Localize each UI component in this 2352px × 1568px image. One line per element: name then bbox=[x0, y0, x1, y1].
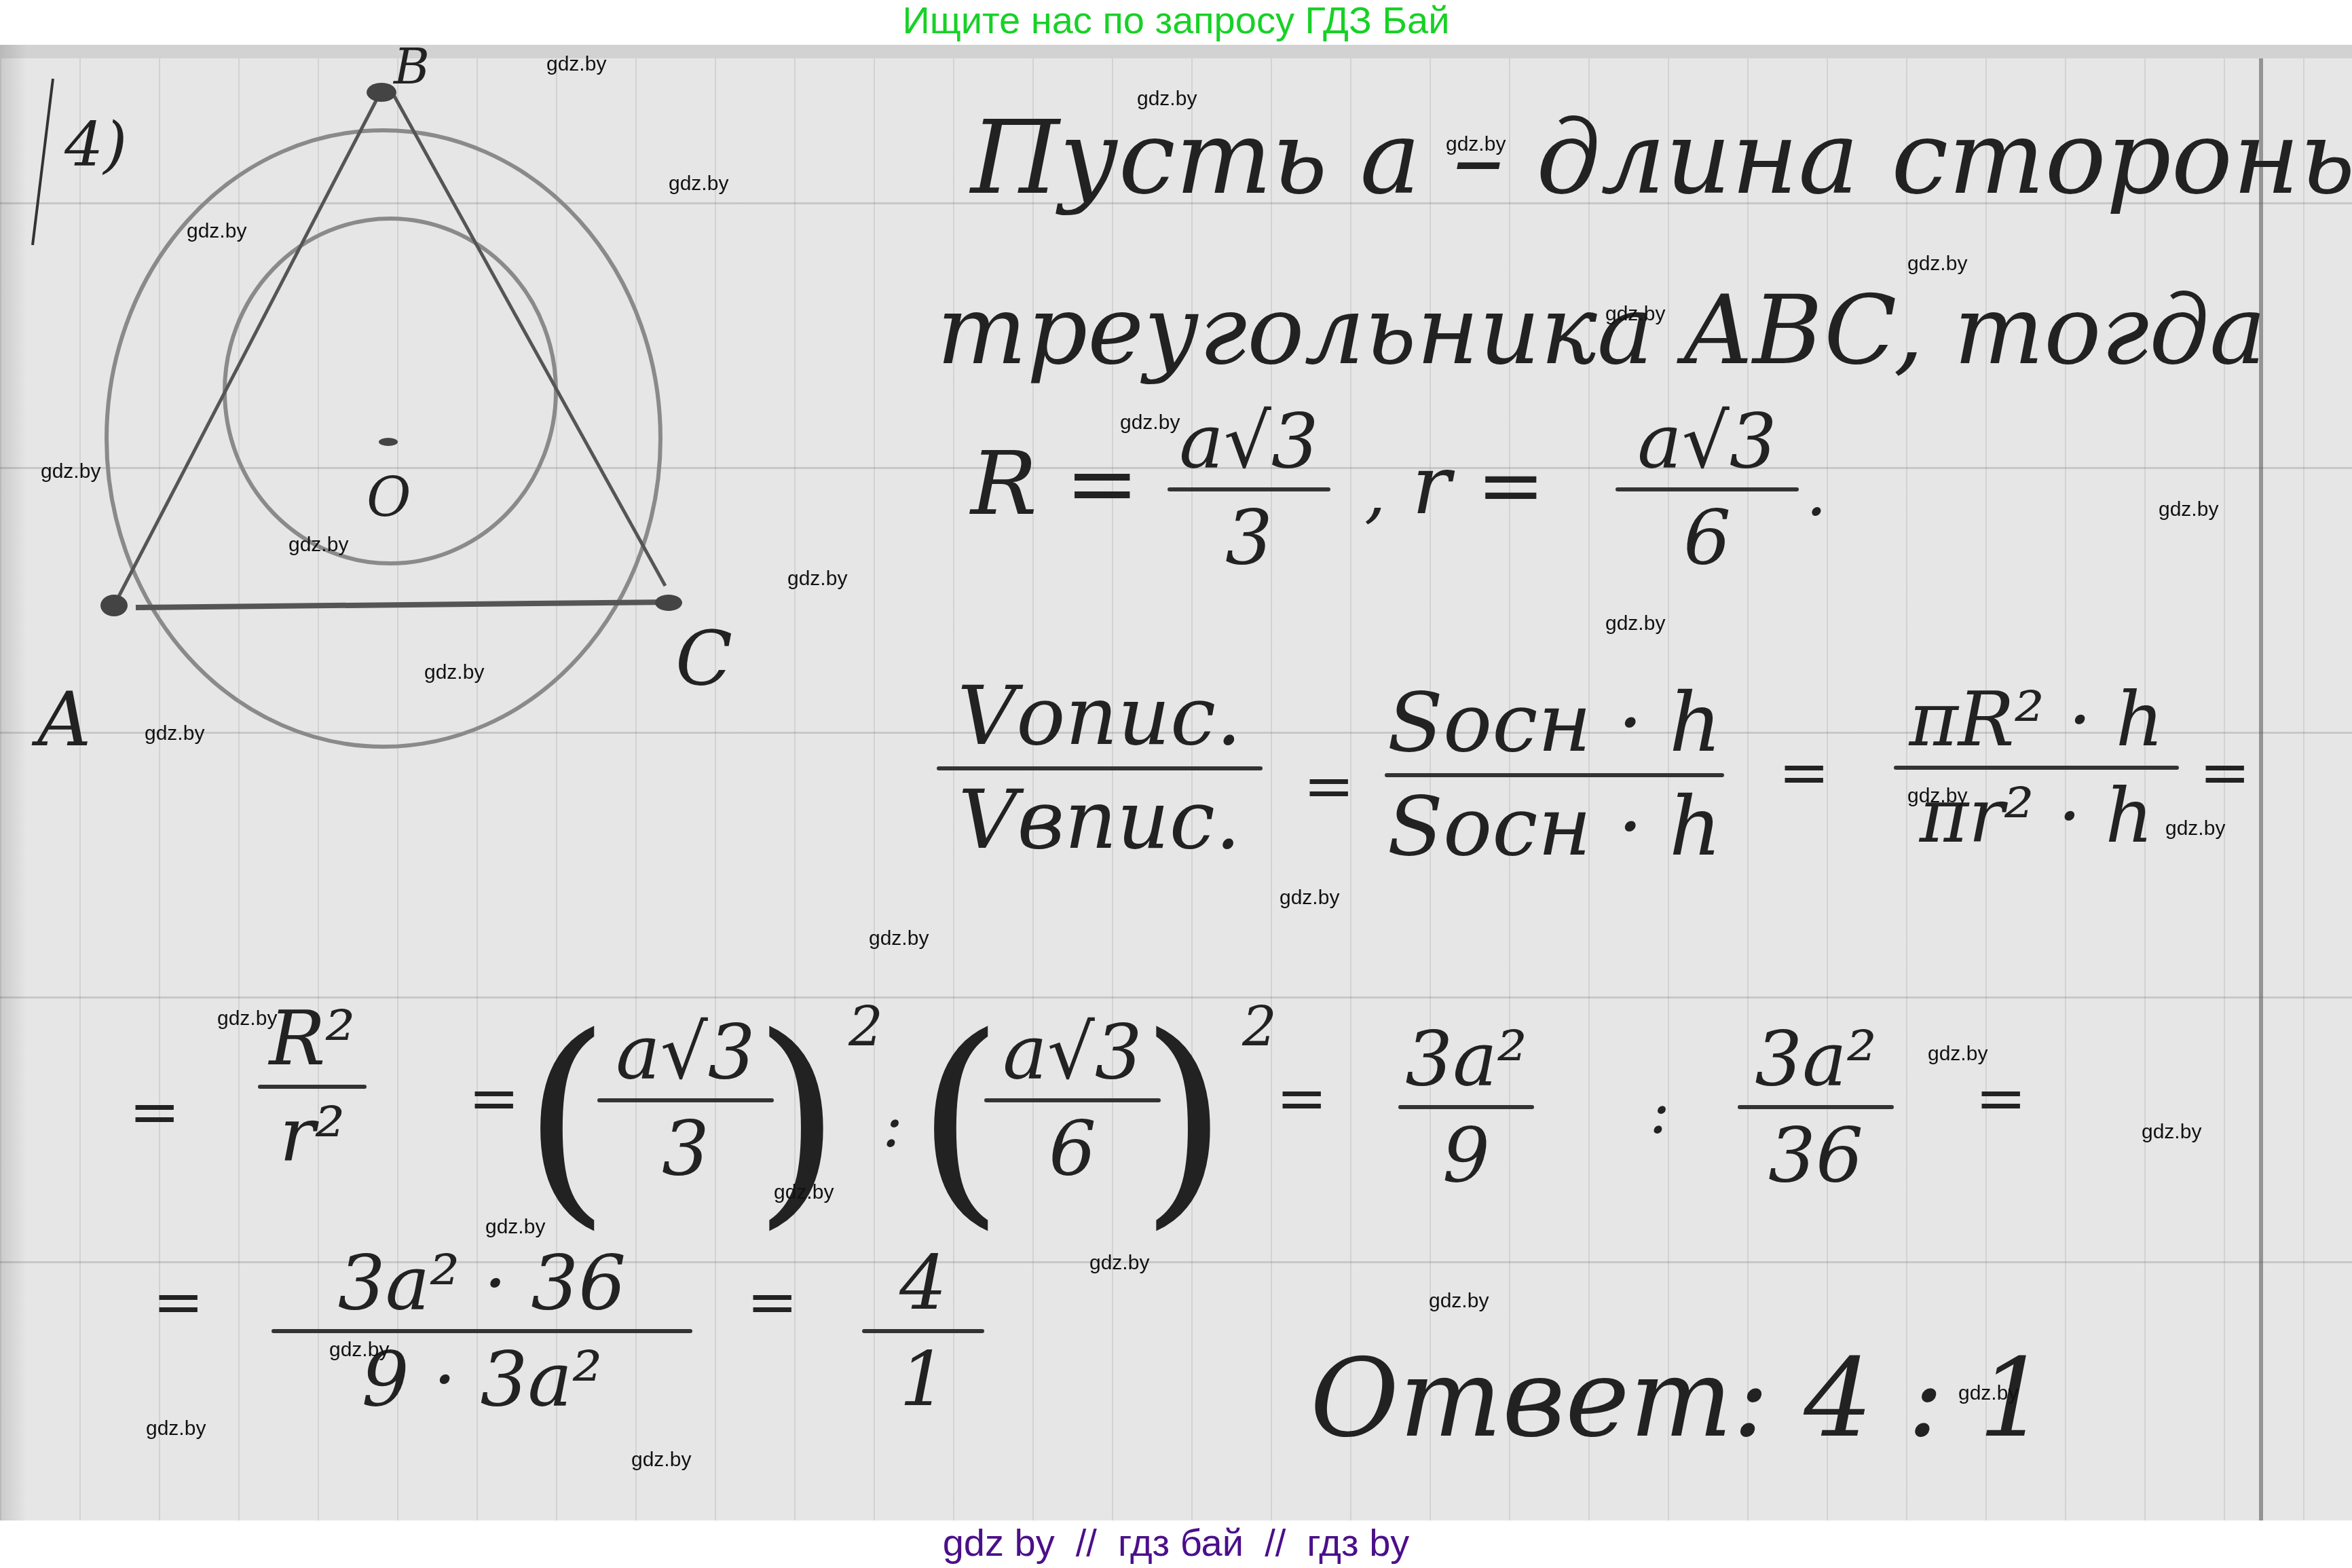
equals-2: = bbox=[1778, 737, 1829, 808]
statement-line-1: Пусть a – длина стороны bbox=[971, 99, 2352, 217]
watermark: gdz.by bbox=[329, 1339, 389, 1362]
watermark: gdz.by bbox=[217, 1007, 277, 1030]
watermark: gdz.by bbox=[424, 661, 484, 684]
vertex-label-b: B bbox=[394, 38, 430, 95]
watermark: gdz.by bbox=[1089, 1252, 1149, 1275]
watermark: gdz.by bbox=[1446, 133, 1506, 156]
period: . bbox=[1806, 452, 1827, 531]
top-banner: Ищите нас по запросу ГДЗ Бай bbox=[0, 0, 2352, 45]
vertex-label-c: C bbox=[675, 615, 732, 702]
paren-close-2: ) bbox=[1140, 988, 1228, 1249]
divide-1: : bbox=[882, 1090, 903, 1161]
watermark: gdz.by bbox=[1605, 612, 1665, 635]
watermark: gdz.by bbox=[546, 53, 606, 76]
fraction-3a2-36: 3a² 36 bbox=[1738, 1015, 1894, 1199]
watermark: gdz.by bbox=[1907, 253, 1967, 276]
R-lhs: R = bbox=[971, 432, 1139, 535]
step3-fraction: 3a² · 36 9 · 3a² bbox=[272, 1239, 692, 1423]
watermark: gdz.by bbox=[145, 722, 204, 745]
watermark: gdz.by bbox=[631, 1449, 691, 1472]
statement-line-2: треугольника ABC, тогда bbox=[937, 276, 2266, 386]
equals-4: = bbox=[468, 1063, 519, 1134]
watermark: gdz.by bbox=[869, 927, 929, 950]
equals-lead-3: = bbox=[153, 1267, 204, 1338]
watermark: gdz.by bbox=[1928, 1043, 1987, 1066]
watermark: gdz.by bbox=[1605, 303, 1665, 326]
equals-1: = bbox=[1303, 751, 1354, 822]
paren-close-1: ) bbox=[753, 988, 841, 1249]
watermark: gdz.by bbox=[1137, 88, 1197, 111]
equals-7: = bbox=[747, 1267, 798, 1338]
paren2-exponent: 2 bbox=[1242, 995, 1277, 1058]
equals-5: = bbox=[1276, 1063, 1327, 1134]
watermark: gdz.by bbox=[669, 172, 728, 195]
base-height-fraction: Sосн · h Sосн · h bbox=[1385, 676, 1724, 874]
watermark: gdz.by bbox=[41, 460, 100, 483]
divide-2: : bbox=[1649, 1077, 1670, 1148]
watermark: gdz.by bbox=[146, 1417, 206, 1440]
watermark: gdz.by bbox=[485, 1216, 545, 1239]
center-label-o: O bbox=[367, 466, 411, 529]
watermark: gdz.by bbox=[1907, 785, 1967, 808]
volume-ratio: Vопис. Vвпис. bbox=[937, 669, 1263, 867]
r-fraction: a√3 6 bbox=[1616, 398, 1799, 581]
watermark: gdz.by bbox=[1429, 1290, 1489, 1313]
equals-6: = bbox=[1975, 1063, 2026, 1134]
equals-3: = bbox=[2199, 737, 2250, 808]
paren1-exponent: 2 bbox=[848, 995, 883, 1058]
watermark: gdz.by bbox=[288, 534, 348, 557]
R-fraction: a√3 3 bbox=[1168, 398, 1330, 581]
paren2-fraction: a√3 6 bbox=[984, 1009, 1161, 1192]
comma: , bbox=[1364, 452, 1386, 531]
notebook-page: 4) B A C O Пусть a – длина стороны треуг… bbox=[0, 45, 2352, 1520]
result-fraction: 4 1 bbox=[862, 1239, 984, 1423]
side-bc bbox=[394, 95, 665, 586]
problem-number: 4) bbox=[64, 109, 127, 181]
watermark: gdz.by bbox=[1120, 411, 1180, 434]
pi-fraction: πR² · h πr² · h bbox=[1894, 676, 2179, 859]
paren1-fraction: a√3 3 bbox=[597, 1009, 774, 1192]
watermark: gdz.by bbox=[774, 1181, 834, 1204]
r-lhs: r = bbox=[1412, 438, 1545, 533]
answer: Ответ: 4 : 1 bbox=[1310, 1334, 2047, 1461]
fraction-3a2-9: 3a² 9 bbox=[1398, 1015, 1534, 1199]
watermark: gdz.by bbox=[1280, 886, 1339, 910]
watermark: gdz.by bbox=[2165, 817, 2225, 840]
watermark: gdz.by bbox=[787, 567, 847, 591]
side-ac bbox=[136, 602, 672, 608]
watermark: gdz.by bbox=[187, 220, 246, 243]
watermark: gdz.by bbox=[2159, 498, 2218, 521]
equals-lead-2: = bbox=[129, 1077, 180, 1148]
watermark: gdz.by bbox=[1958, 1382, 2018, 1405]
bottom-banner: gdz by // гдз бай // гдз by bbox=[0, 1520, 2352, 1568]
watermark: gdz.by bbox=[2142, 1121, 2201, 1144]
vertex-label-a: A bbox=[37, 676, 91, 763]
